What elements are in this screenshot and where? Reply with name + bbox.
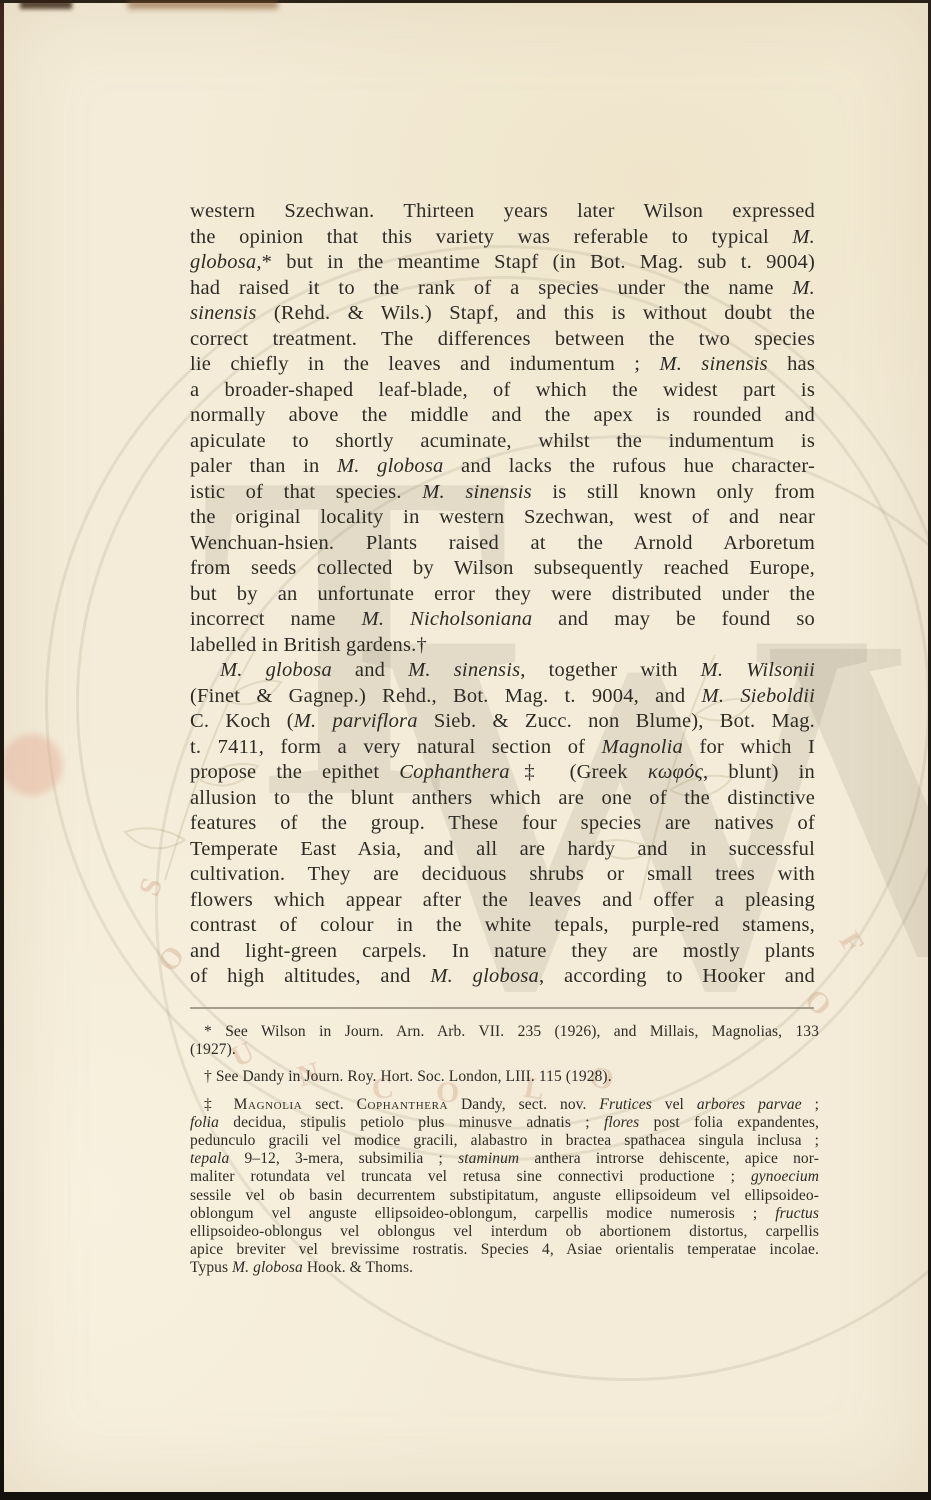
text-line: istic of that species. M. sinensis is st… [190,480,815,506]
scan-edge-bottom [0,1492,931,1500]
text-segment: western Szechwan. Thirteen years later W… [190,200,815,222]
watermark-ring-letter: O [799,984,837,1022]
text-segment: C. Koch ( [190,710,294,732]
italic-text: Frutices [599,1096,651,1113]
text-segment: lie chiefly in the leaves and indumentum… [190,353,659,375]
text-segment: t. 7411, form a very natural section of [190,736,602,758]
italic-text: arbores parvae [697,1096,802,1113]
italic-text: M. sinensis [422,481,532,503]
text-segment: , together with [520,659,700,681]
watermark-pink-spot [0,731,66,799]
text-segment: ; [802,1096,819,1113]
text-segment: ellipsoideo-oblongus vel oblongus vel in… [190,1223,819,1240]
text-segment: labelled in British gardens.† [190,634,427,656]
text-line: the original locality in western Szechwa… [190,505,815,531]
text-line: (1927). [190,1041,819,1059]
text-segment: sect. [302,1096,356,1113]
text-segment: had raised it to the rank of a species u… [190,277,792,299]
text-line: contrast of colour in the white tepals, … [190,913,815,939]
italic-text: M. parviflora [294,710,418,732]
paragraph: western Szechwan. Thirteen years later W… [190,199,815,658]
text-segment: 9–12, 3-mera, subsimilia ; [229,1150,458,1167]
text-segment: of high altitudes, and [190,965,430,987]
text-segment: propose the epithet [190,761,399,783]
italic-text: M. [792,277,815,299]
italic-text: M. Nicholsoniana [362,608,533,630]
text-line: lie chiefly in the leaves and indumentum… [190,352,815,378]
text-line: M. globosa and M. sinensis, together wit… [190,658,815,684]
italic-text: sinensis [190,302,257,324]
text-segment: and [332,659,408,681]
text-line: Wenchuan-hsien. Plants raised at the Arn… [190,531,815,557]
text-line: sessile vel ob basin decurrentem substip… [190,1187,819,1205]
text-segment: incorrect name [190,608,362,630]
italic-text: M. sinensis [408,659,520,681]
italic-text: Cophanthera [399,761,509,783]
text-segment: Sieb. & Zucc. non Blume), Bot. Mag. [418,710,815,732]
watermark-ring-letter: O [153,941,191,977]
italic-text: M. globosa [232,1259,303,1276]
text-line: sinensis (Rehd. & Wils.) Stapf, and this… [190,301,815,327]
text-segment: contrast of colour in the white tepals, … [190,914,815,936]
text-segment: apiculate to shortly acuminate, whilst t… [190,430,815,452]
italic-text: M. [792,226,815,248]
text-segment: is still known only from [532,481,815,503]
text-line: † See Dandy in Journ. Roy. Hort. Soc. Lo… [190,1068,819,1086]
watermark-ring-letter: F [834,927,869,958]
text-line: tepala 9–12, 3-mera, subsimilia ; stamin… [190,1150,819,1168]
text-segment: istic of that species. [190,481,422,503]
text-segment: ‡ [204,1096,234,1113]
text-line: oblongum vel anguste ellipsoideo-oblongu… [190,1205,819,1223]
text-segment: features of the group. These four specie… [190,812,815,834]
text-segment: Hook. & Thoms. [303,1259,413,1276]
italic-text: M. globosa [430,965,539,987]
text-segment: (Finet & Gagnep.) Rehd., Bot. Mag. t. 90… [190,685,702,707]
text-segment: flowers which appear after the leaves an… [190,889,815,911]
text-segment: * but in the meantime Stapf (in Bot. Mag… [262,251,815,273]
paragraph: † See Dandy in Journ. Roy. Hort. Soc. Lo… [190,1068,819,1086]
text-segment: paler than in [190,455,337,477]
text-line: apiculate to shortly acuminate, whilst t… [190,429,815,455]
text-line: but by an unfortunate error they were di… [190,582,815,608]
text-line: pedunculo gracili vel modice gracili, al… [190,1132,819,1150]
text-line: western Szechwan. Thirteen years later W… [190,199,815,225]
paragraph: M. globosa and M. sinensis, together wit… [190,658,815,990]
text-segment: , according to Hooker and [539,965,815,987]
italic-text: M. globosa [220,659,332,681]
text-line: Temperate East Asia, and all are hardy a… [190,837,815,863]
text-line: propose the epithet Cophanthera‡ (Greek … [190,760,815,786]
text-segment: anthera introrse dehiscente, apice nor- [519,1150,819,1167]
text-segment: oblongum vel anguste ellipsoideo-oblongu… [190,1205,775,1222]
italic-text: Magnolia [602,736,683,758]
text-line: C. Koch (M. parviflora Sieb. & Zucc. non… [190,709,815,735]
text-segment: vel [652,1096,697,1113]
italic-text: staminum [458,1150,519,1167]
scanned-book-page: TWVSOUNCOLOOF western Szechwan. Thirteen… [0,0,931,1500]
text-line: had raised it to the rank of a species u… [190,276,815,302]
text-line: t. 7411, form a very natural section of … [190,735,815,761]
text-line: features of the group. These four specie… [190,811,815,837]
text-line: cultivation. They are deciduous shrubs o… [190,862,815,888]
text-segment: correct treatment. The differences betwe… [190,328,815,350]
italic-text: flores [604,1114,639,1131]
italic-text: fructus [775,1205,819,1222]
text-segment: Temperate East Asia, and all are hardy a… [190,838,815,860]
text-line: ‡ Magnolia sect. Cophanthera Dandy, sect… [190,1096,819,1114]
text-segment: Typus [190,1259,232,1276]
text-line: paler than in M. globosa and lacks the r… [190,454,815,480]
text-segment: but by an unfortunate error they were di… [190,583,815,605]
text-line: flowers which appear after the leaves an… [190,888,815,914]
smallcaps-text: Cophanthera [357,1096,449,1113]
watermark-ring-letter: S [134,874,168,900]
italic-text: M. globosa [337,455,443,477]
text-segment: and may be found so [532,608,815,630]
scan-smudge [20,0,72,9]
text-line: maliter rotundata vel truncata vel retus… [190,1168,819,1186]
italic-text: tepala [190,1150,229,1167]
text-line: Typus M. globosa Hook. & Thoms. [190,1259,819,1277]
text-line: (Finet & Gagnep.) Rehd., Bot. Mag. t. 90… [190,684,815,710]
text-line: of high altitudes, and M. globosa, accor… [190,964,815,990]
italic-text: globosa, [190,251,262,273]
text-segment: apice breviter vel brevissime rostratis.… [190,1241,819,1258]
footnotes: * See Wilson in Journ. Arn. Arb. VII. 23… [190,1023,819,1287]
text-segment: and light-green carpels. In nature they … [190,940,815,962]
text-line: labelled in British gardens.† [190,633,815,659]
italic-text: M. Sieboldii [702,685,815,707]
text-segment: allusion to the blunt anthers which are … [190,787,815,809]
text-line: apice breviter vel brevissime rostratis.… [190,1241,819,1259]
text-segment: cultivation. They are deciduous shrubs o… [190,863,815,885]
text-line: a broader-shaped leaf-blade, of which th… [190,378,815,404]
text-segment: pedunculo gracili vel modice gracili, al… [190,1132,819,1149]
scan-smudge [128,0,278,9]
text-line: correct treatment. The differences betwe… [190,327,815,353]
smallcaps-text: Magnolia [234,1096,303,1113]
text-line: * See Wilson in Journ. Arn. Arb. VII. 23… [190,1023,819,1041]
text-line: normally above the middle and the apex i… [190,403,815,429]
text-segment: * See Wilson in Journ. Arn. Arb. VII. 23… [204,1023,819,1040]
paragraph: * See Wilson in Journ. Arn. Arb. VII. 23… [190,1023,819,1059]
text-segment: † See Dandy in Journ. Roy. Hort. Soc. Lo… [204,1068,612,1085]
italic-text: M. Wilsonii [701,659,815,681]
text-line: ellipsoideo-oblongus vel oblongus vel in… [190,1223,819,1241]
text-segment: Wenchuan-hsien. Plants raised at the Arn… [190,532,815,554]
italic-text: folia [190,1114,219,1131]
text-segment: and lacks the rufous hue character- [444,455,816,477]
text-segment: a broader-shaped leaf-blade, of which th… [190,379,815,401]
text-segment: maliter rotundata vel truncata vel retus… [190,1168,751,1185]
italic-text: κωφός [648,761,703,783]
text-segment: post folia expandentes, [639,1114,819,1131]
text-line: from seeds collected by Wilson subsequen… [190,556,815,582]
footnote-divider-rule [190,1007,814,1009]
text-segment: the opinion that this variety was refera… [190,226,792,248]
text-segment: sessile vel ob basin decurrentem substip… [190,1187,819,1204]
body-text: western Szechwan. Thirteen years later W… [190,199,815,990]
text-line: incorrect name M. Nicholsoniana and may … [190,607,815,633]
scan-edge-left [0,0,4,1500]
text-segment: (1927). [190,1041,236,1058]
text-line: and light-green carpels. In nature they … [190,939,815,965]
text-line: globosa,* but in the meantime Stapf (in … [190,250,815,276]
text-segment: for which I [683,736,815,758]
text-segment: normally above the middle and the apex i… [190,404,815,426]
paragraph: ‡ Magnolia sect. Cophanthera Dandy, sect… [190,1096,819,1278]
text-segment: ‡ (Greek [510,761,648,783]
text-segment: from seeds collected by Wilson subsequen… [190,557,815,579]
text-segment: the original locality in western Szechwa… [190,506,815,528]
italic-text: gynoecium [751,1168,819,1185]
text-line: folia decidua, stipulis petiolo plus min… [190,1114,819,1132]
text-segment: Dandy, sect. nov. [448,1096,599,1113]
text-segment: (Rehd. & Wils.) Stapf, and this is witho… [257,302,815,324]
italic-text: M. sinensis [659,353,767,375]
text-line: the opinion that this variety was refera… [190,225,815,251]
text-segment: , blunt) in [703,761,815,783]
text-segment: has [768,353,815,375]
text-line: allusion to the blunt anthers which are … [190,786,815,812]
text-segment: decidua, stipulis petiolo plus minusve a… [219,1114,604,1131]
